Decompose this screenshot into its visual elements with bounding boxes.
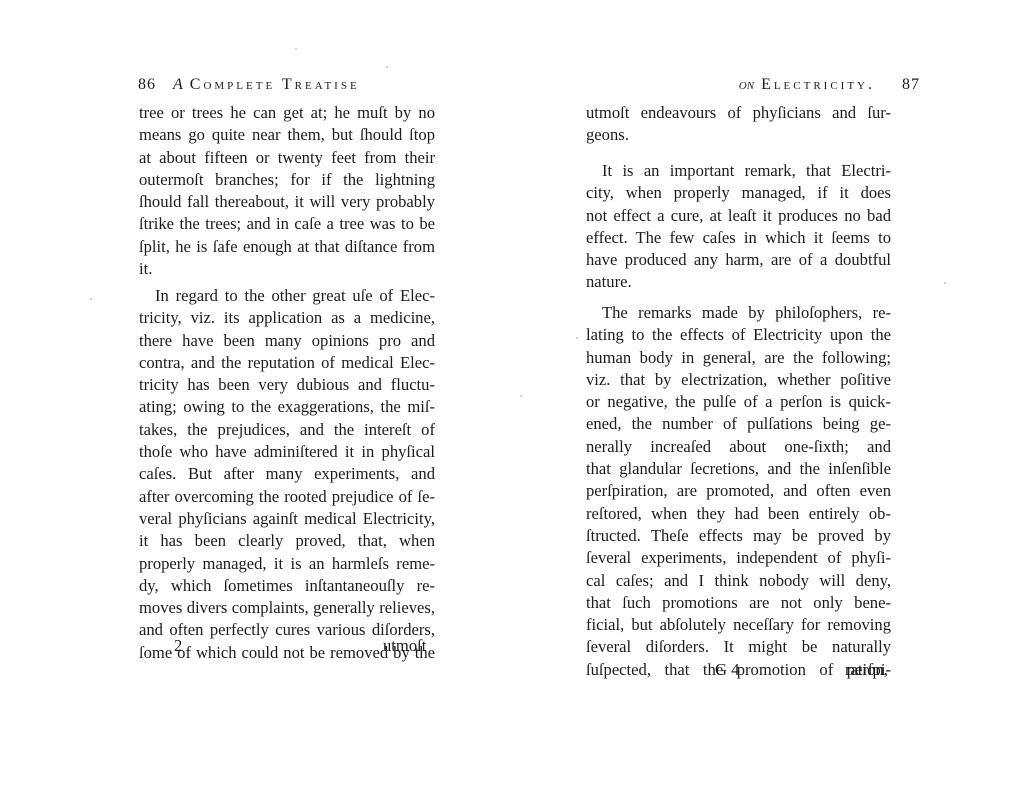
text-line: have produced any harm, are of a doubtfu… xyxy=(586,249,891,271)
signature-mark: 2 xyxy=(174,636,182,656)
paragraph: The remarks made by philoſophers, re- la… xyxy=(586,302,891,681)
text-line: In regard to the other great uſe of Elec… xyxy=(139,285,435,307)
paragraph: tree or trees he can get at; he muſt by … xyxy=(139,102,435,280)
text-line: effect. The few caſes in which it ſeems … xyxy=(586,227,891,249)
scan-speck xyxy=(520,395,522,397)
running-head-right: on Electricity. 87 xyxy=(602,76,920,94)
catchword: ration, xyxy=(845,660,888,680)
text-line: there have been many opinions pro and xyxy=(139,330,435,352)
text-line: nerally increaſed about one-ſixth; and xyxy=(586,436,891,458)
text-line: reſtored, when they had been entirely ob… xyxy=(586,503,891,525)
paragraph: utmoſt endeavours of phyſicians and ſur-… xyxy=(586,102,891,147)
signature-mark: G 4 xyxy=(715,660,739,680)
text-line: ſtructed. Theſe effects may be proved by xyxy=(586,525,891,547)
text-line: cal caſes; and I think nobody will deny, xyxy=(586,570,891,592)
text-line: after overcoming the rooted prejudice of… xyxy=(139,486,435,508)
text-line: thoſe who have adminiſtered it in phyſic… xyxy=(139,441,435,463)
text-line: or negative, the pulſe of a perſon is qu… xyxy=(586,391,891,413)
text-line: ſhould fall thereabout, it will very pro… xyxy=(139,191,435,213)
catchword: utmoſt xyxy=(383,636,426,656)
text-line: means go quite near them, but ſhould ſto… xyxy=(139,124,435,146)
running-head-left: 86 A Complete Treatise xyxy=(138,76,438,94)
text-line: ſeveral experiments, independent of phyſ… xyxy=(586,547,891,569)
text-line: contra, and the reputation of medical El… xyxy=(139,352,435,374)
text-line: caſes. But after many experiments, and xyxy=(139,463,435,485)
text-line: human body in general, are the following… xyxy=(586,347,891,369)
text-line: ened, the number of pulſations being ge- xyxy=(586,413,891,435)
text-line: takes, the prejudices, and the intereſt … xyxy=(139,419,435,441)
scan-speck xyxy=(576,337,578,339)
paragraph: In regard to the other great uſe of Elec… xyxy=(139,285,435,664)
right-page: on Electricity. 87 utmoſt endeavours of … xyxy=(512,0,972,791)
text-line: utmoſt endeavours of phyſicians and ſur- xyxy=(586,102,891,124)
text-line: ſplit, he is ſafe enough at that diſtanc… xyxy=(139,236,435,258)
text-line: ſeveral diſorders. It might be naturally xyxy=(586,636,891,658)
left-page: 86 A Complete Treatise tree or trees he … xyxy=(0,0,460,791)
scan-speck xyxy=(386,66,388,68)
paragraph: It is an important remark, that Electri-… xyxy=(586,160,891,294)
text-line: that ſuch promotions are not only bene- xyxy=(586,592,891,614)
text-line: tricity has been very dubious and fluctu… xyxy=(139,374,435,396)
scan-speck xyxy=(90,298,92,300)
scan-speck xyxy=(295,48,297,50)
text-line: tree or trees he can get at; he muſt by … xyxy=(139,102,435,124)
text-line: The remarks made by philoſophers, re- xyxy=(586,302,891,324)
page-number: 86 xyxy=(138,76,156,94)
text-line: properly managed, it is an harmleſs reme… xyxy=(139,553,435,575)
text-line: geons. xyxy=(586,124,891,146)
text-line: it has been clearly proved, that, when xyxy=(139,530,435,552)
scan-speck xyxy=(944,282,946,284)
running-head-title: on Electricity. xyxy=(739,76,875,93)
text-line: not effect a cure, at leaſt it produces … xyxy=(586,205,891,227)
text-line: veral phyſicians againſt medical Electri… xyxy=(139,508,435,530)
text-line: moves divers complaints, generally relie… xyxy=(139,597,435,619)
text-line: lating to the effects of Electricity upo… xyxy=(586,324,891,346)
text-line: city, when properly managed, if it does xyxy=(586,182,891,204)
running-head-title: A Complete Treatise xyxy=(173,76,360,93)
text-line: ſtrike the trees; and in caſe a tree was… xyxy=(139,213,435,235)
text-line: dy, which ſometimes inſtantaneouſly re- xyxy=(139,575,435,597)
text-line: tricity, viz. its application as a medic… xyxy=(139,307,435,329)
text-line: It is an important remark, that Electri- xyxy=(586,160,891,182)
text-line: that glandular ſecretions, and the inſen… xyxy=(586,458,891,480)
text-line: viz. that by electrization, whether poſi… xyxy=(586,369,891,391)
text-line: it. xyxy=(139,258,435,280)
text-line: ating; owing to the exaggerations, the m… xyxy=(139,396,435,418)
text-line: ficial, but abſolutely neceſſary for rem… xyxy=(586,614,891,636)
text-line: nature. xyxy=(586,271,891,293)
text-line: at about fifteen or twenty feet from the… xyxy=(139,147,435,169)
text-line: outermoſt branches; for if the lightning xyxy=(139,169,435,191)
text-line: perſpiration, are promoted, and often ev… xyxy=(586,480,891,502)
page-number: 87 xyxy=(902,76,920,94)
